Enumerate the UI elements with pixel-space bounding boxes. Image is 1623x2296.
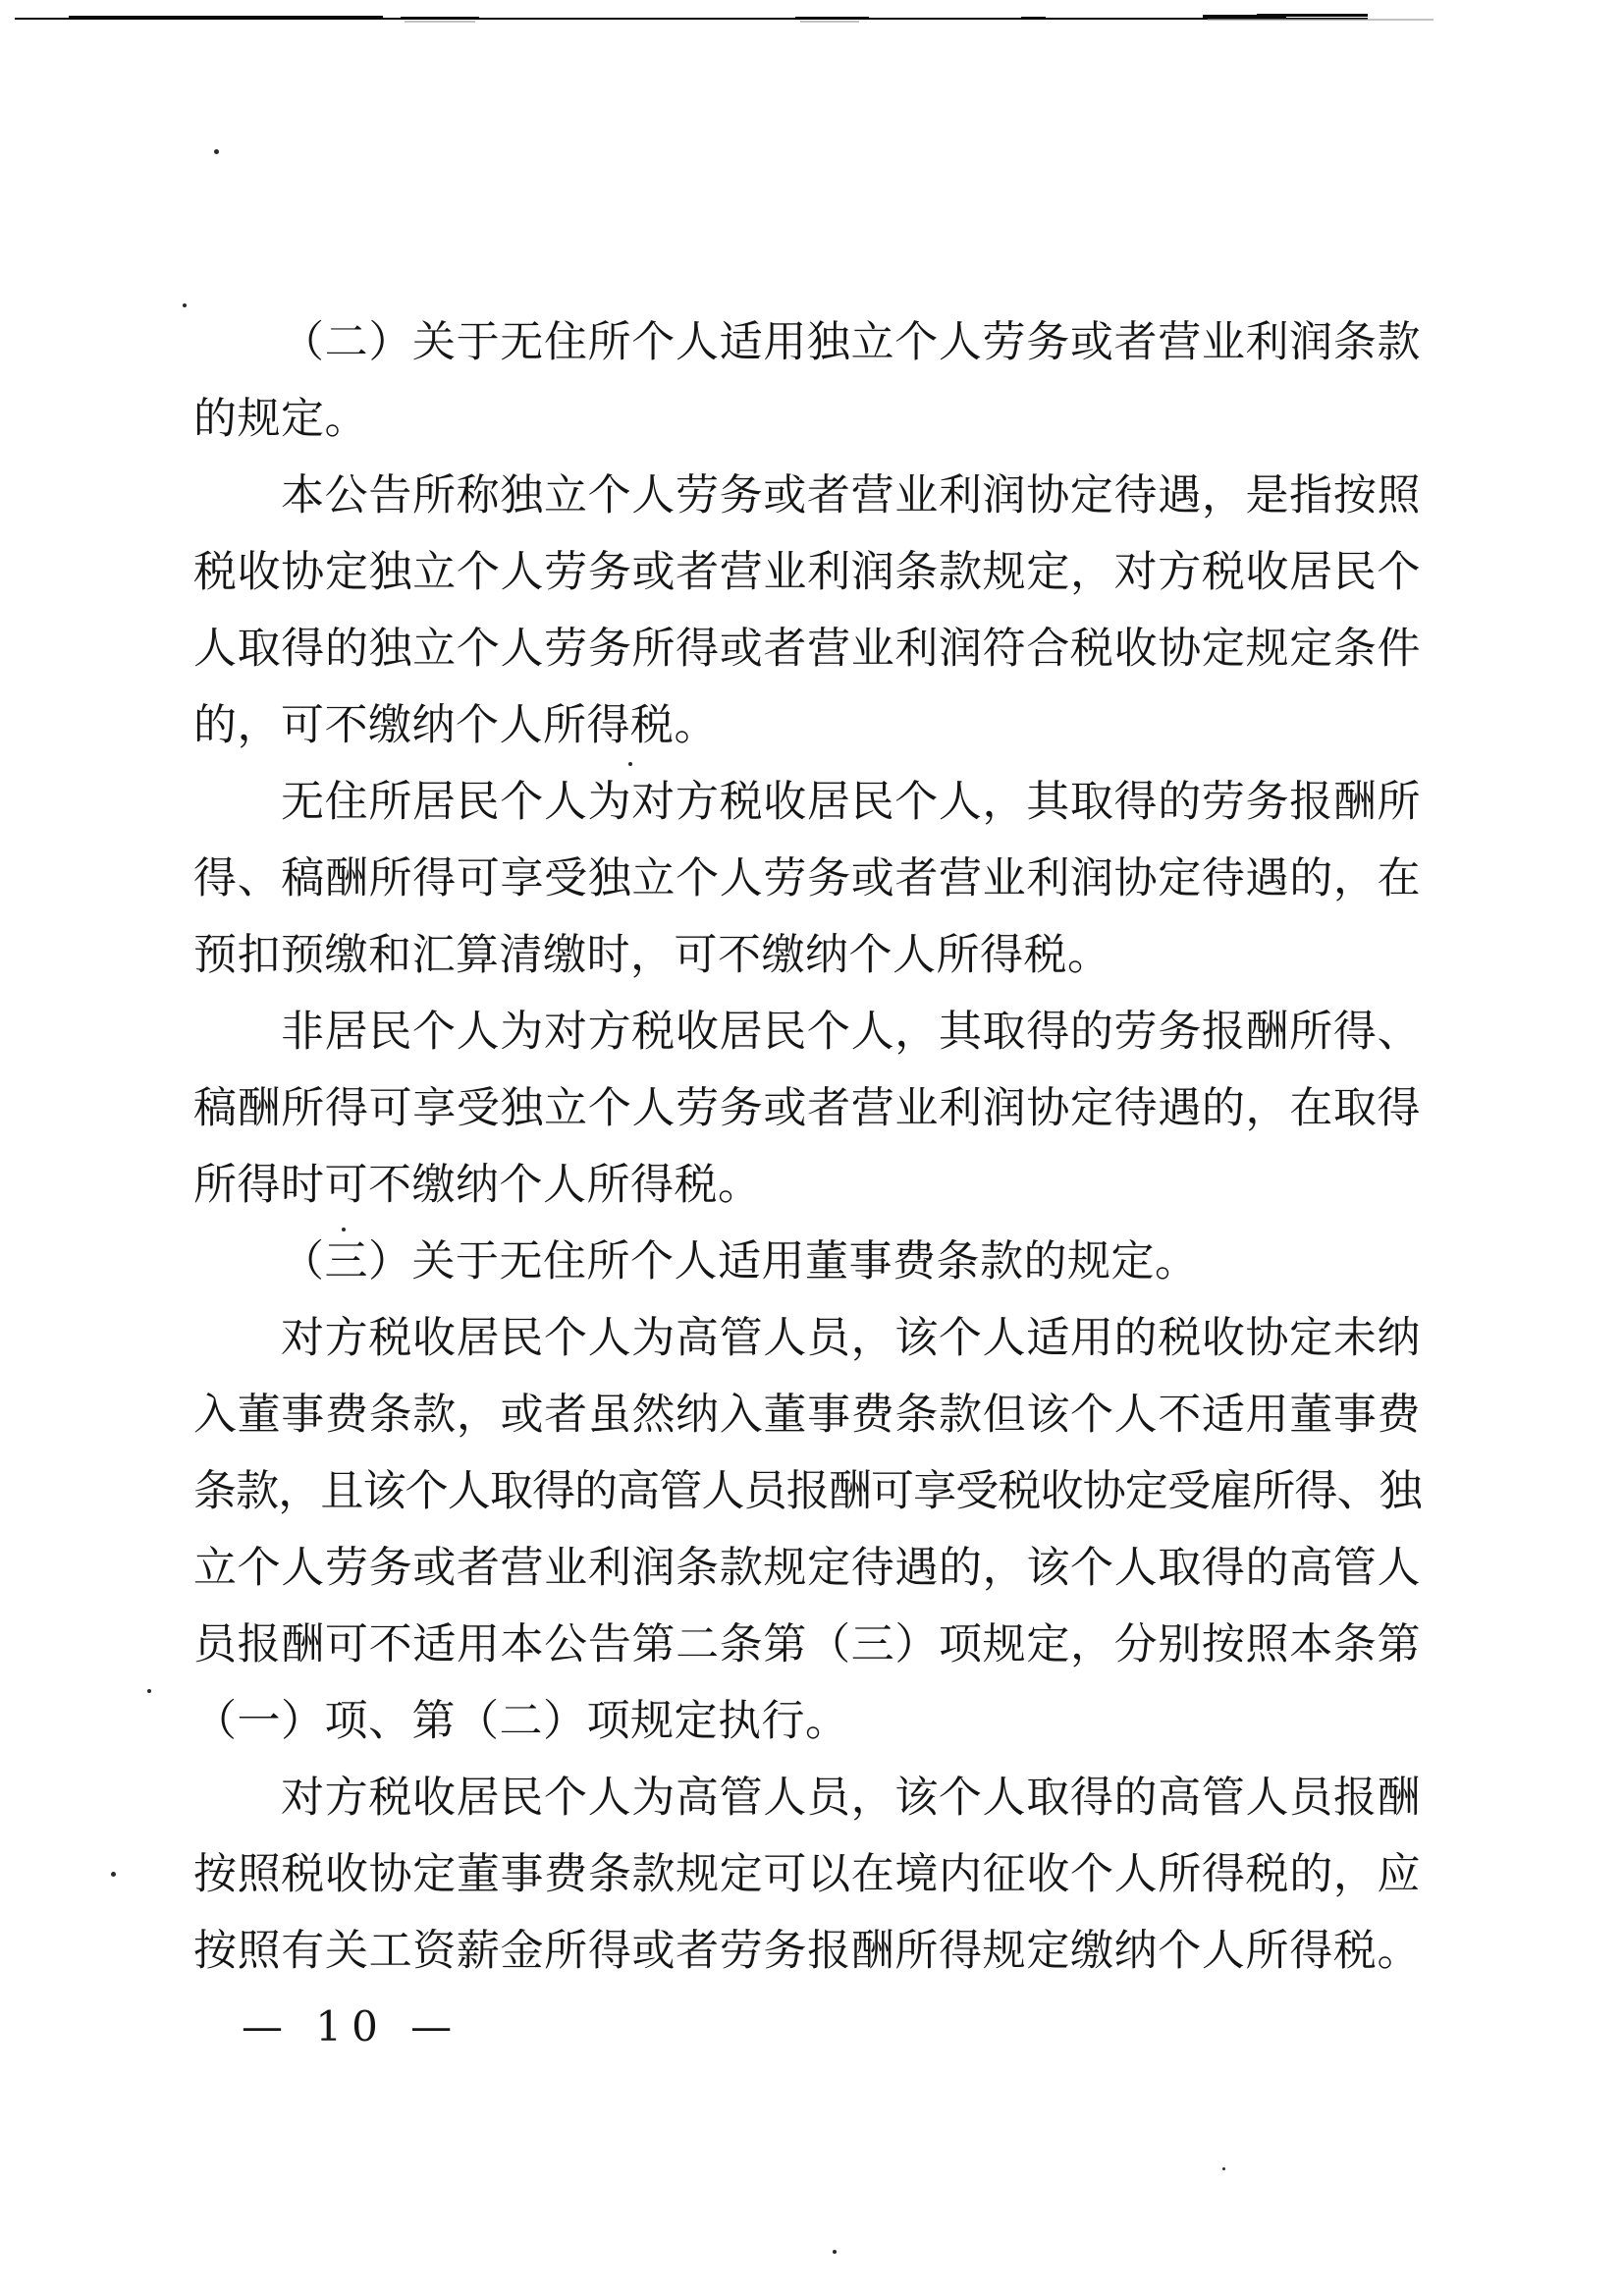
text-line: 的规定。 [193,381,1421,458]
text-line: （一）项、第（二）项规定执行。 [193,1683,1421,1760]
scan-artifact-line [1257,14,1368,17]
text-line: 条款，且该个人取得的高管人员报酬可享受税收协定受雇所得、独 [193,1453,1421,1530]
scan-artifact-line [795,17,869,20]
scan-artifact-line [1021,17,1046,20]
document-page: （二）关于无住所个人适用独立个人劳务或者营业利润条款 的规定。 本公告所称独立个… [0,0,1623,2296]
scan-artifact-line [405,21,475,23]
text-line: （三）关于无住所个人适用董事费条款的规定。 [193,1224,1421,1300]
scan-speck [833,2250,837,2254]
text-line: 税收协定独立个人劳务或者营业利润条款规定，对方税收居民个 [193,534,1421,611]
text-line: 对方税收居民个人为高管人员，该个人取得的高管人员报酬 [193,1760,1421,1836]
text-line: 立个人劳务或者营业利润条款规定待遇的，该个人取得的高管人 [193,1530,1421,1607]
page-number: — 10 — [242,2001,461,2052]
text-line: 员报酬可不适用本公告第二条第（三）项规定，分别按照本条第 [193,1607,1421,1683]
text-line: 本公告所称独立个人劳务或者营业利润协定待遇，是指按照 [193,458,1421,534]
text-line: 人取得的独立个人劳务所得或者营业利润符合税收协定规定条件 [193,611,1421,687]
text-line: 非居民个人为对方税收居民个人，其取得的劳务报酬所得、 [193,994,1421,1070]
text-line: 无住所居民个人为对方税收居民个人，其取得的劳务报酬所 [193,764,1421,841]
document-body-text: （二）关于无住所个人适用独立个人劳务或者营业利润条款 的规定。 本公告所称独立个… [193,304,1421,1990]
scan-artifact-line [1208,19,1434,21]
scan-artifact-line [401,17,479,20]
scan-artifact-line [69,16,383,20]
scan-speck [111,1872,116,1877]
text-line: （二）关于无住所个人适用独立个人劳务或者营业利润条款 [193,304,1421,381]
scan-speck [1222,2167,1225,2170]
text-line: 按照税收协定董事费条款规定可以在境内征收个人所得税的，应 [193,1836,1421,1913]
scan-speck [147,1689,151,1693]
text-line: 预扣预缴和汇算清缴时，可不缴纳个人所得税。 [193,917,1421,994]
text-line: 入董事费条款，或者虽然纳入董事费条款但该个人不适用董事费 [193,1377,1421,1453]
scan-speck [183,303,187,307]
scan-artifact-line [800,21,859,23]
text-line: 对方税收居民个人为高管人员，该个人适用的税收协定未纳 [193,1300,1421,1377]
text-line: 得、稿酬所得可享受独立个人劳务或者营业利润协定待遇的，在 [193,841,1421,917]
text-line: 按照有关工资薪金所得或者劳务报酬所得规定缴纳个人所得税。 [193,1913,1421,1990]
scan-speck [214,149,219,154]
text-line: 稿酬所得可享受独立个人劳务或者营业利润协定待遇的，在取得 [193,1070,1421,1147]
text-line: 的，可不缴纳个人所得税。 [193,687,1421,764]
text-line: 所得时可不缴纳个人所得税。 [193,1147,1421,1224]
